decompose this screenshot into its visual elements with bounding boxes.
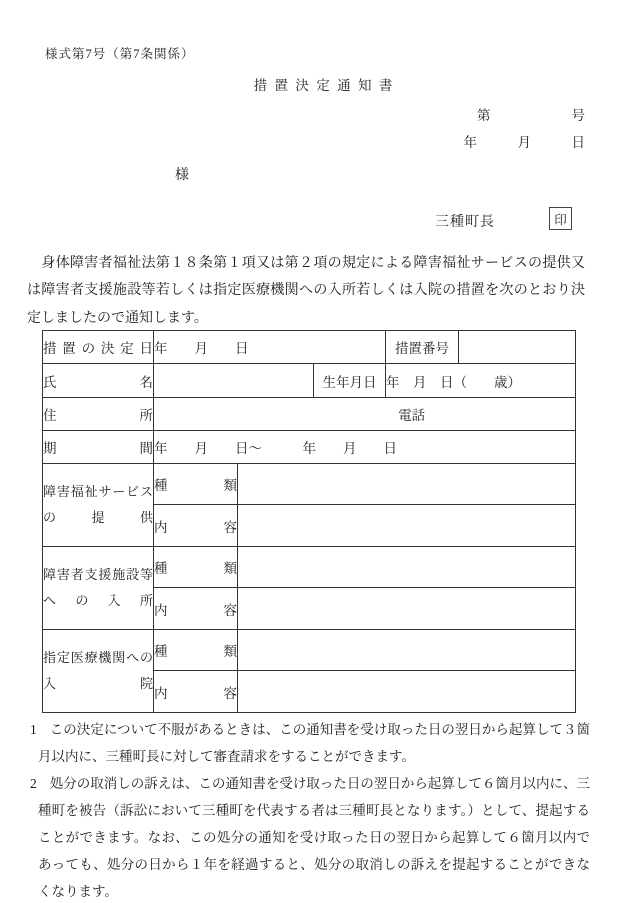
row-name: 氏 名 生年月日 年 月 日（ 歳） [43, 364, 576, 398]
section-welfare-service-label: 障害福祉サービス の 提 供 [43, 464, 154, 547]
birthdate-label: 生年月日 [314, 364, 386, 398]
row-address: 住 所 電話 [43, 398, 576, 431]
row-welfare-service-type: 障害福祉サービス の 提 供 種 類 [43, 464, 576, 505]
note-text: この決定について不服があるときは、この通知書を受け取った日の翌日から起算して３箇… [38, 722, 590, 764]
measure-number-value [459, 331, 576, 364]
notification-body-text: 身体障害者福祉法第１８条第１項又は第２項の規定による障害福祉サービスの提供又は障… [27, 250, 585, 332]
section-title-line1: 障害者支援施設等 [43, 562, 153, 588]
section-title-line1: 指定医療機関への [43, 645, 153, 671]
phone-label: 電話 [398, 404, 425, 424]
address-value: 電話 [154, 398, 576, 431]
addressee-honorific: 様 [175, 164, 189, 184]
note-appeal: 1この決定について不服があるときは、この通知書を受け取った日の翌日から起算して３… [30, 716, 590, 770]
period-value: 年 月 日～ 年 月 日 [154, 431, 576, 464]
type-value [238, 464, 576, 505]
document-date-line: 年 月 日 [0, 131, 585, 151]
footer-notes: 1この決定について不服があるときは、この通知書を受け取った日の翌日から起算して３… [30, 716, 590, 903]
name-value [154, 364, 314, 398]
note-revocation-suit: 2処分の取消しの訴えは、この通知書を受け取った日の翌日から起算して６箇月以内に、… [30, 770, 590, 903]
page-title: 措 置 決 定 通 知 書 [0, 74, 630, 94]
type-label: 種 類 [154, 630, 238, 671]
type-label: 種 類 [154, 464, 238, 505]
note-text: 処分の取消しの訴えは、この通知書を受け取った日の翌日から起算して６箇月以内に、三… [38, 776, 590, 899]
section-title-line2: の 提 供 [43, 505, 153, 531]
content-label: 内 容 [154, 671, 238, 713]
issuer-name: 三種町長 [435, 211, 495, 231]
form-number: 様式第7号（第7条関係） [45, 44, 195, 62]
section-title-line2: へ の 入 所 [43, 588, 153, 614]
type-value [238, 630, 576, 671]
content-value [238, 588, 576, 630]
section-title-line2: 入 院 [43, 671, 153, 697]
document-page: 様式第7号（第7条関係） 措 置 決 定 通 知 書 第 号 年 月 日 様 三… [0, 0, 630, 903]
content-value [238, 671, 576, 713]
decision-date-value: 年 月 日 [154, 331, 386, 364]
measure-number-label: 措置番号 [386, 331, 459, 364]
row-period: 期 間 年 月 日～ 年 月 日 [43, 431, 576, 464]
address-label: 住 所 [43, 398, 154, 431]
birthdate-value: 年 月 日（ 歳） [386, 364, 576, 398]
name-label: 氏 名 [43, 364, 154, 398]
row-support-facility-type: 障害者支援施設等 へ の 入 所 種 類 [43, 547, 576, 588]
seal-mark: 印 [554, 210, 567, 228]
section-support-facility-label: 障害者支援施設等 へ の 入 所 [43, 547, 154, 630]
content-label: 内 容 [154, 505, 238, 547]
note-number: 1 [30, 722, 37, 737]
seal-placeholder-box: 印 [549, 207, 572, 230]
row-decision-date: 措 置 の 決 定 日 年 月 日 措置番号 [43, 331, 576, 364]
content-label: 内 容 [154, 588, 238, 630]
section-medical-institution-label: 指定医療機関への 入 院 [43, 630, 154, 713]
decision-date-label: 措 置 の 決 定 日 [43, 331, 154, 364]
type-value [238, 547, 576, 588]
content-value [238, 505, 576, 547]
type-label: 種 類 [154, 547, 238, 588]
row-medical-institution-type: 指定医療機関への 入 院 種 類 [43, 630, 576, 671]
section-title-line1: 障害福祉サービス [43, 479, 153, 505]
document-number-line: 第 号 [0, 104, 585, 124]
period-label: 期 間 [43, 431, 154, 464]
measure-decision-table: 措 置 の 決 定 日 年 月 日 措置番号 氏 名 生年月日 年 月 日（ 歳… [42, 330, 576, 713]
note-number: 2 [30, 776, 37, 791]
